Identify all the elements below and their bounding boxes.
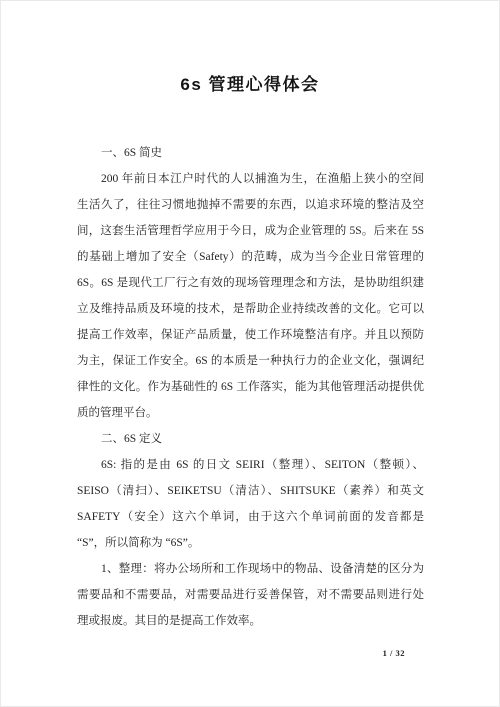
body-line: 1、整理：将办公场所和工作现场中的物品、设备清楚的区分为: [77, 556, 424, 582]
body-line: 提高工作效率，保证产品质量，使工作环境整洁有序。并且以预防: [77, 322, 424, 348]
body-line: 需要品和不需要品，对需要品进行妥善保管，对不需要品则进行处: [77, 582, 424, 608]
body-line: 二、6S 定义: [77, 426, 424, 452]
body-line: 6S: 指的是由 6S 的日文 SEIRI（整理）、SEITON（整顿）、: [77, 452, 424, 478]
document-title: 6s 管理心得体会: [0, 70, 500, 95]
body-line: 理或报废。其目的是提高工作效率。: [77, 608, 424, 634]
body-line: “S”，所以简称为 “6S”。: [77, 530, 424, 556]
body-line: 的基础上增加了安全（Safety）的范畴，成为当今企业日常管理的: [77, 244, 424, 270]
body-line: 为主，保证工作安全。6S 的本质是一种执行力的企业文化，强调纪: [77, 348, 424, 374]
body-line: 律性的文化。作为基础性的 6S 工作落实，能为其他管理活动提供优: [77, 374, 424, 400]
body-line: SEISO（清扫）、SEIKETSU（清洁）、SHITSUKE（素养）和英文: [77, 478, 424, 504]
body-line: 质的管理平台。: [77, 400, 424, 426]
body-line: SAFETY（安全）这六个单词，由于这六个单词前面的发音都是: [77, 504, 424, 530]
page-number-indicator: 1 / 32: [383, 648, 405, 658]
document-body: 一、6S 简史200 年前日本江户时代的人以捕渔为生，在渔船上狭小的空间生活久了…: [77, 140, 424, 634]
body-line: 立及维持品质及环境的技术，是帮助企业持续改善的文化。它可以: [77, 296, 424, 322]
document-page: 6s 管理心得体会 一、6S 简史200 年前日本江户时代的人以捕渔为生，在渔船…: [0, 0, 500, 707]
body-line: 间，这套生活管理哲学应用于今日，成为企业管理的 5S。后来在 5S: [77, 218, 424, 244]
body-line: 200 年前日本江户时代的人以捕渔为生，在渔船上狭小的空间: [77, 166, 424, 192]
body-line: 6S。6S 是现代工厂行之有效的现场管理理念和方法，是协助组织建: [77, 270, 424, 296]
body-line: 一、6S 简史: [77, 140, 424, 166]
body-line: 生活久了，往往习惯地抛掉不需要的东西，以追求环境的整洁及空: [77, 192, 424, 218]
